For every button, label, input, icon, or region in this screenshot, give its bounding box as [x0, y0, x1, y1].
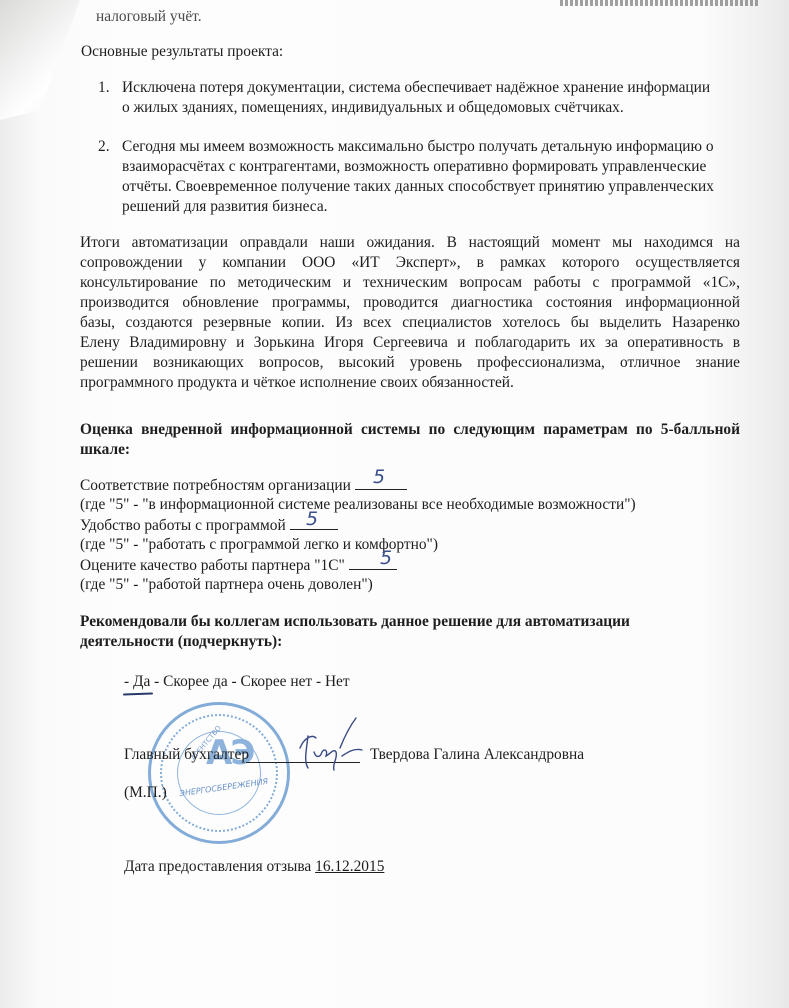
results-heading: Основные результаты проекта: — [81, 42, 283, 62]
rating-3-row: Оцените качество работы партнера "1С" — [80, 555, 397, 576]
rating-1-label: Соответствие потребностям организации — [80, 477, 351, 494]
result-2-line-3: отчёты. Своевременное получение таких да… — [122, 177, 714, 197]
rating-heading-line-2: шкале: — [80, 440, 130, 460]
result-1-line-2: о жилых зданиях, помещениях, индивидуаль… — [122, 98, 624, 118]
rating-3-handwritten-value: 5 — [380, 547, 392, 569]
summary-line-5: базы, создаются резервные копии. Из всех… — [80, 313, 740, 333]
rating-1-note: (где "5" - "в информационной системе реа… — [80, 495, 636, 515]
signatory-name: Твердова Галина Александровна — [370, 745, 584, 765]
selected-option-underline — [123, 692, 153, 695]
recommend-options: - Да - Скорее да - Скорее нет - Нет — [124, 672, 350, 692]
rating-1-handwritten-value: 5 — [373, 466, 385, 488]
summary-line-8: программного продукта и чёткое исполнени… — [80, 373, 514, 393]
rating-2-handwritten-value: 5 — [306, 508, 318, 530]
summary-line-7: решении возникающих вопросов, высокий ур… — [80, 353, 740, 373]
rating-3-label: Оцените качество работы партнера "1С" — [80, 557, 345, 574]
scanned-page: налоговый учёт. Основные результаты прое… — [0, 0, 789, 1008]
rating-2-label: Удобство работы с программой — [80, 517, 286, 534]
seal-mark: (М.П.) — [124, 783, 167, 803]
cut-off-header-text — [560, 0, 760, 6]
result-2-line-1: Сегодня мы имеем возможность максимально… — [122, 137, 714, 157]
signature-icon — [290, 708, 370, 788]
result-2-line-4: решений для развития бизнеса. — [122, 197, 328, 217]
rating-2-row: Удобство работы с программой — [80, 515, 338, 536]
rating-1-row: Соответствие потребностям организации — [80, 475, 407, 496]
summary-line-4: производится обновление программы, прово… — [80, 293, 740, 313]
date-label: Дата предоставления отзыва — [124, 858, 311, 875]
top-fragment: налоговый учёт. — [96, 7, 202, 27]
result-1-line-1: Исключена потеря документации, система о… — [122, 78, 710, 98]
rating-heading-line-1: Оценка внедренной информационной системы… — [80, 420, 740, 440]
result-1-number: 1. — [98, 78, 110, 98]
summary-line-1: Итоги автоматизации оправдали наши ожида… — [80, 233, 740, 253]
recommend-heading-line-1: Рекомендовали бы коллегам использовать д… — [80, 612, 630, 632]
recommend-heading-line-2: деятельности (подчеркнуть): — [80, 632, 282, 652]
signatory-role: Главный бухгалтер — [124, 745, 249, 765]
result-2-line-2: взаиморасчётах с контрагентами, возможно… — [122, 157, 706, 177]
summary-line-2: сопровождении у компании ООО «ИТ Эксперт… — [80, 253, 740, 273]
result-2-number: 2. — [98, 137, 110, 157]
summary-line-3: консультирование по методическим и техни… — [80, 273, 740, 293]
summary-line-6: Елену Владимировну и Зорькина Игоря Серг… — [80, 333, 740, 353]
date-row: Дата предоставления отзыва 16.12.2015 — [124, 857, 384, 877]
company-stamp: АГЕНТСТВО АЭ ЭНЕРГОСБЕРЕЖЕНИЯ — [148, 702, 290, 844]
rating-3-note: (где "5" - "работой партнера очень довол… — [80, 575, 373, 595]
date-value: 16.12.2015 — [315, 858, 384, 875]
folded-corner — [0, 0, 90, 130]
